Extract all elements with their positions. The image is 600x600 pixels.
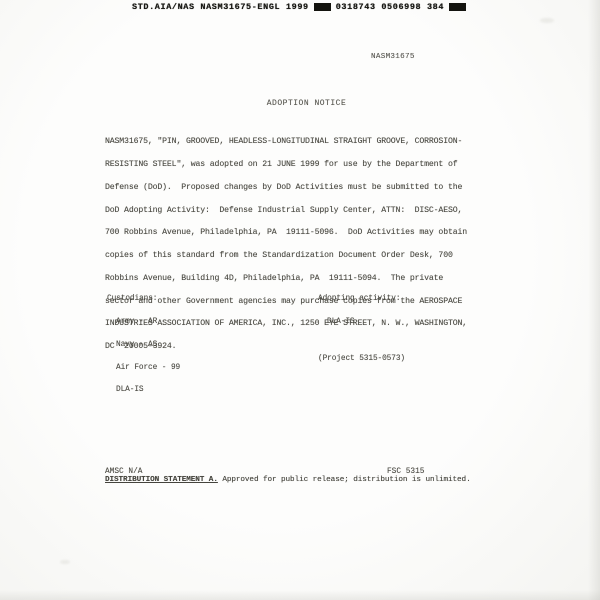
adopting-activity-value: DLA-IS (318, 319, 405, 327)
barcode-block-icon (449, 3, 466, 11)
custodian-item: Navy - AS (107, 342, 180, 350)
distribution-statement: DISTRIBUTION STATEMENT A. Approved for p… (105, 476, 471, 484)
paragraph-line: DoD Adopting Activity: Defense Industria… (105, 207, 467, 215)
document-number: NASM31675 (371, 53, 415, 61)
paragraph-line: 700 Robbins Avenue, Philadelphia, PA 191… (105, 229, 467, 237)
scan-artifact (540, 18, 554, 23)
distribution-statement-label: DISTRIBUTION STATEMENT A. (105, 476, 218, 484)
project-number: (Project 5315-0573) (318, 356, 405, 364)
scan-edge-shadow (588, 0, 600, 600)
custodian-item: Army - AR (107, 319, 180, 327)
paragraph-line: NASM31675, "PIN, GROOVED, HEADLESS-LONGI… (105, 138, 467, 146)
barcode-block-icon (314, 3, 331, 11)
adopting-activity-heading: Adopting activity: (318, 296, 405, 304)
amsc-code: AMSC N/A (105, 468, 142, 476)
paragraph-line: Defense (DoD). Proposed changes by DoD A… (105, 184, 467, 192)
standard-id-text: STD.AIA/NAS NASM31675-ENGL 1999 (132, 2, 309, 12)
custodians-block: Custodians: Army - AR Navy - AS Air Forc… (107, 281, 180, 410)
custodian-item: DLA-IS (107, 387, 180, 395)
scan-artifact (60, 560, 70, 564)
custodian-item: Air Force - 99 (107, 365, 180, 373)
distribution-statement-text: Approved for public release; distributio… (218, 476, 471, 484)
scan-header-line: STD.AIA/NAS NASM31675-ENGL 1999 0318743 … (132, 2, 466, 12)
paragraph-line: RESISTING STEEL", was adopted on 21 JUNE… (105, 161, 467, 169)
scan-edge-shadow (0, 590, 600, 600)
fsc-code: FSC 5315 (387, 468, 424, 476)
paragraph-line: copies of this standard from the Standar… (105, 252, 467, 260)
scan-code-text: 0318743 0506998 384 (336, 2, 444, 12)
scanned-document-page: STD.AIA/NAS NASM31675-ENGL 1999 0318743 … (0, 0, 600, 600)
adopting-activity-block: Adopting activity: DLA-IS (Project 5315-… (318, 281, 405, 379)
custodians-heading: Custodians: (107, 296, 180, 304)
page-title: ADOPTION NOTICE (0, 99, 600, 108)
